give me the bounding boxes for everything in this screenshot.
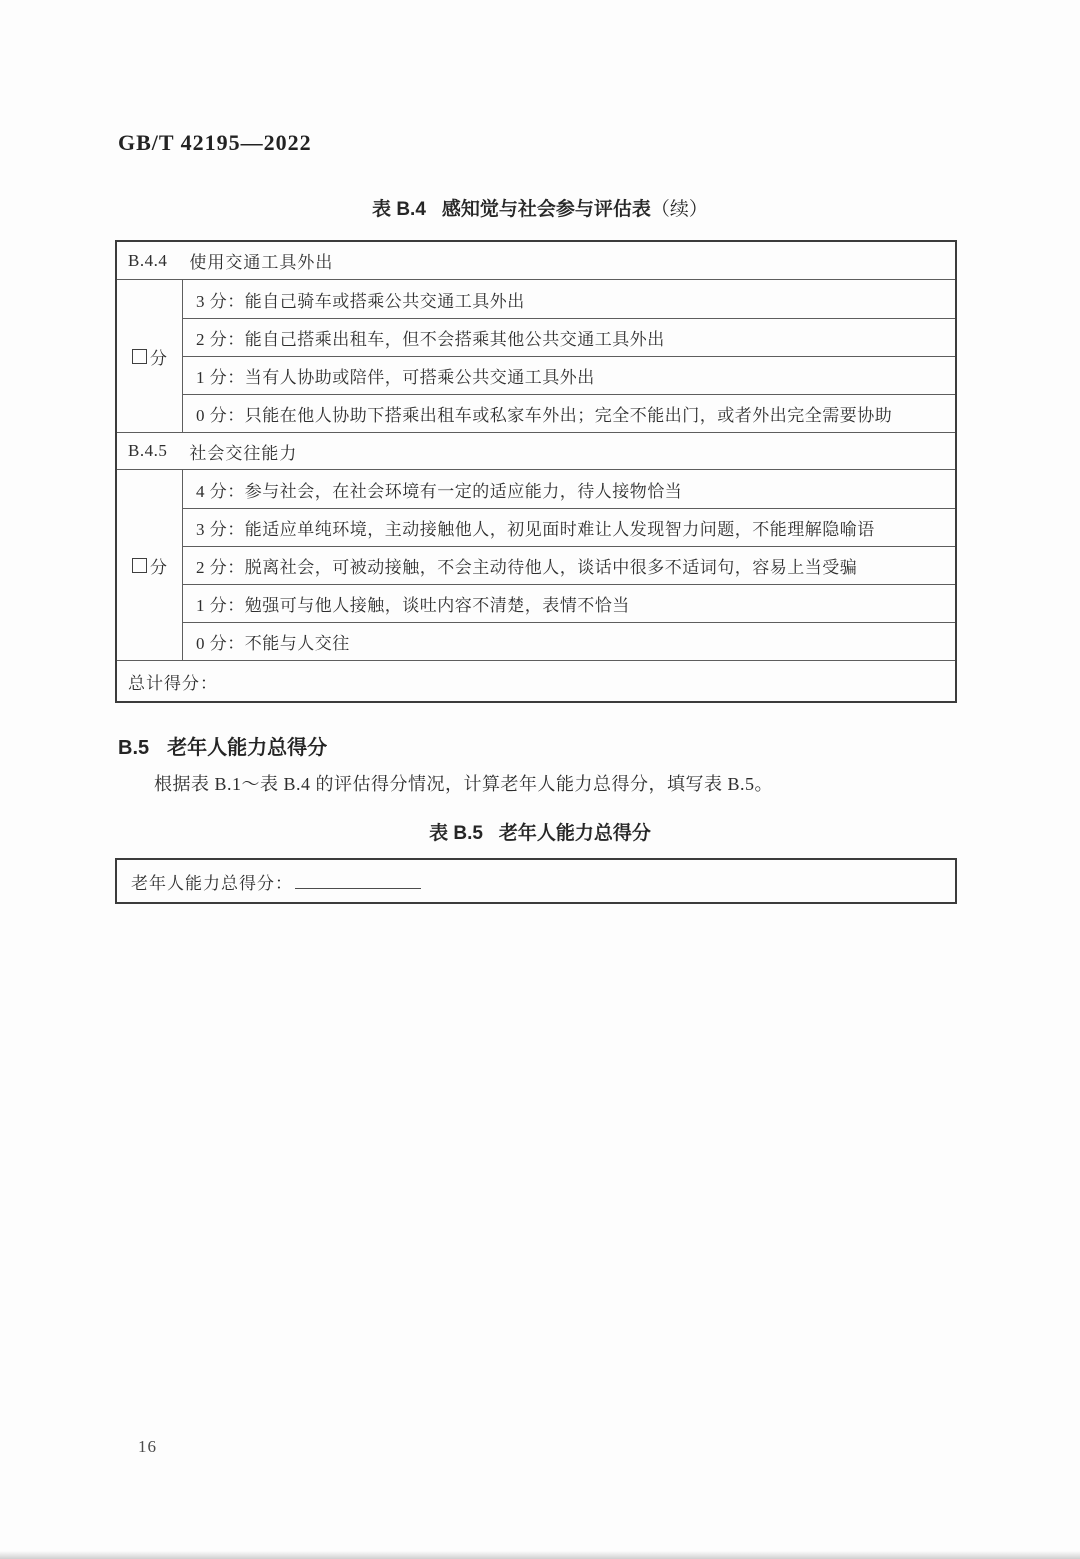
score-option: 1 分：勉强可与他人接触，谈吐内容不清楚，表情不恰当 [183, 584, 955, 622]
score-option: 0 分：不能与人交往 [183, 622, 955, 660]
table-b4-caption-suffix: （续） [651, 199, 708, 220]
section-b5-heading: B.5老年人能力总得分 [118, 731, 327, 760]
section-b45-name: 社会交往能力 [189, 439, 297, 464]
table-b4: B.4.4 使用交通工具外出 分 3 分：能自己骑车或搭乘公共交通工具外出 2 … [115, 240, 957, 703]
section-b5-number: B.5 [118, 737, 149, 759]
total-score-blank [295, 874, 421, 889]
table-b5-caption: 表 B.5老年人能力总得分 [0, 818, 1080, 845]
table-b5-caption-label: 表 B.5 [429, 823, 483, 844]
section-b45-score-cell: 分 [117, 470, 183, 660]
b5-total-score-label: 老年人能力总得分： [131, 869, 293, 894]
score-option: 0 分：只能在他人协助下搭乘出租车或私家车外出；完全不能出门，或者外出完全需要协… [183, 394, 955, 432]
section-b45-header-row: B.4.5 社会交往能力 [117, 432, 955, 469]
table-b5: 老年人能力总得分： [115, 858, 957, 904]
score-option: 2 分：脱离社会，可被动接触，不会主动待他人，谈话中很多不适词句，容易上当受骗 [183, 546, 955, 584]
score-unit-label: 分 [150, 553, 167, 578]
section-b45-body: 分 4 分：参与社会，在社会环境有一定的适应能力，待人接物恰当 3 分：能适应单… [117, 469, 955, 660]
score-option: 2 分：能自己搭乘出租车，但不会搭乘其他公共交通工具外出 [183, 318, 955, 356]
page-number: 16 [138, 1437, 157, 1457]
score-unit-label: 分 [150, 344, 167, 369]
section-b5-title: 老年人能力总得分 [167, 737, 327, 759]
score-option: 1 分：当有人协助或陪伴，可搭乘公共交通工具外出 [183, 356, 955, 394]
score-checkbox-icon [132, 349, 147, 364]
total-score-label: 总计得分： [128, 669, 218, 694]
section-b44-score-cell: 分 [117, 280, 183, 432]
score-checkbox-icon [132, 558, 147, 573]
table-b4-caption-text: 感知觉与社会参与评估表 [442, 199, 651, 220]
score-option: 4 分：参与社会，在社会环境有一定的适应能力，待人接物恰当 [183, 470, 955, 508]
score-option: 3 分：能自己骑车或搭乘公共交通工具外出 [183, 280, 955, 318]
section-b44-header-row: B.4.4 使用交通工具外出 [117, 242, 955, 279]
section-b44-body: 分 3 分：能自己骑车或搭乘公共交通工具外出 2 分：能自己搭乘出租车，但不会搭… [117, 279, 955, 432]
section-b45-options: 4 分：参与社会，在社会环境有一定的适应能力，待人接物恰当 3 分：能适应单纯环… [183, 470, 955, 660]
section-b45-id: B.4.5 [128, 441, 167, 461]
section-b44-options: 3 分：能自己骑车或搭乘公共交通工具外出 2 分：能自己搭乘出租车，但不会搭乘其… [183, 280, 955, 432]
section-b5-paragraph: 根据表 B.1～表 B.4 的评估得分情况，计算老年人能力总得分，填写表 B.5… [118, 770, 958, 796]
section-b44-id: B.4.4 [128, 251, 167, 271]
total-score-row: 总计得分： [117, 660, 955, 701]
table-b4-caption: 表 B.4感知觉与社会参与评估表（续） [0, 194, 1080, 221]
section-b44-name: 使用交通工具外出 [189, 248, 333, 273]
standard-number: GB/T 42195—2022 [118, 130, 312, 156]
table-b4-caption-label: 表 B.4 [372, 199, 426, 220]
table-b5-caption-text: 老年人能力总得分 [499, 823, 651, 844]
score-option: 3 分：能适应单纯环境，主动接触他人，初见面时难让人发现智力问题，不能理解隐喻语 [183, 508, 955, 546]
document-page: GB/T 42195—2022 表 B.4感知觉与社会参与评估表（续） B.4.… [0, 0, 1080, 1559]
